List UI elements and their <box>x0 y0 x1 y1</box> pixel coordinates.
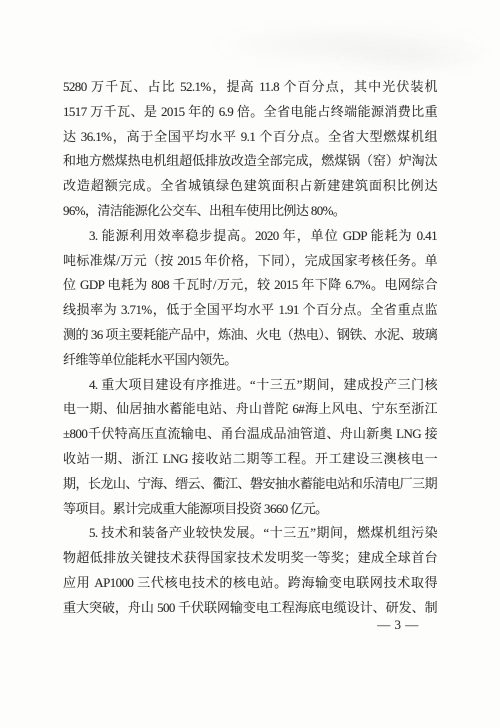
text-line: 达 36.1%，高于全国平均水平 9.1 个百分点。全省大型燃煤机组 <box>63 125 437 150</box>
text-line: ±800千伏特高压直流输电、甬台温成品油管道、舟山新奥 LNG 接 <box>63 422 437 447</box>
scan-smudge <box>330 44 500 74</box>
text-line: 期，长龙山、宁海、缙云、衢江、磐安抽水蓄能电站和乐清电厂三期 <box>63 472 437 497</box>
text-line paragraph-start: 3. 能源利用效率稳步提高。2020 年，单位 GDP 能耗为 0.41 <box>63 224 437 249</box>
text-line: 96%，清洁能源化公交车、出租车使用比例达 80%。 <box>63 199 437 224</box>
document-page: 5280 万千瓦、占比 52.1%，提高 11.8 个百分点，其中光伏装机 15… <box>0 0 500 728</box>
text-line: 5280 万千瓦、占比 52.1%，提高 11.8 个百分点，其中光伏装机 <box>63 75 437 100</box>
text-line: 测的 36 项主要耗能产品中，炼油、火电（热电）、钢铁、水泥、玻璃 <box>63 323 437 348</box>
text-line paragraph-start: 4. 重大项目建设有序推进。“十三五”期间，建成投产三门核 <box>63 373 437 398</box>
text-line: 应用 AP1000 三代核电技术的核电站。跨海输变电联网技术取得 <box>63 571 437 596</box>
document-body: 5280 万千瓦、占比 52.1%，提高 11.8 个百分点，其中光伏装机 15… <box>63 75 437 621</box>
text-line: 电一期、仙居抽水蓄能电站、舟山普陀 6#海上风电、宁东至浙江 <box>63 397 437 422</box>
text-line: 等项目。累计完成重大能源项目投资 3660 亿元。 <box>63 497 437 522</box>
text-line: 纤维等单位能耗水平国内领先。 <box>63 348 437 373</box>
scan-smudge <box>205 24 495 66</box>
text-line: 物超低排放关键技术获得国家技术发明奖一等奖；建成全球首台 <box>63 546 437 571</box>
text-line: 和地方燃煤热电机组超低排放改造全部完成，燃煤锅（窑）炉淘汰 <box>63 149 437 174</box>
text-line: 改造超额完成。全省城镇绿色建筑面积占新建建筑面积比例达 <box>63 174 437 199</box>
text-line: 位 GDP 电耗为 808 千瓦时/万元，较 2015 年下降 6.7%。电网综… <box>63 273 437 298</box>
text-line: 收站一期、浙江 LNG 接收站二期等工程。开工建设三澳核电一 <box>63 447 437 472</box>
page-number: — 3 — <box>358 614 438 636</box>
text-line: 1517 万千瓦、是 2015 年的 6.9 倍。全省电能占终端能源消费比重 <box>63 100 437 125</box>
text-line: 线损率为 3.71%，低于全国平均水平 1.91 个百分点。全省重点监 <box>63 298 437 323</box>
text-line paragraph-start: 5. 技术和装备产业较快发展。“十三五”期间，燃煤机组污染 <box>63 521 437 546</box>
text-line: 吨标准煤/万元（按 2015 年价格，下同），完成国家考核任务。单 <box>63 249 437 274</box>
